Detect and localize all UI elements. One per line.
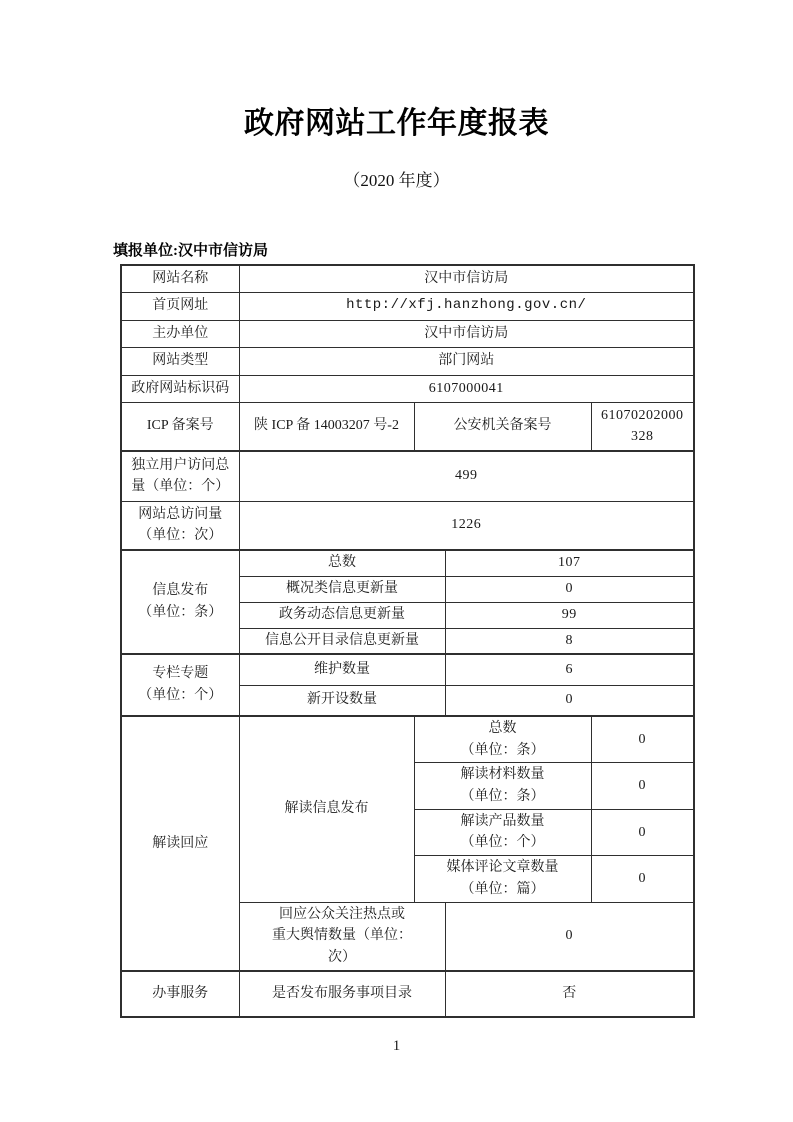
info-publish-label: 信息发布 （单位：条）	[121, 550, 239, 654]
table-row-site-type: 网站类型 部门网站	[121, 347, 694, 375]
icp-value: 陕 ICP 备 14003207 号-2	[239, 402, 414, 451]
columns-maintained-label: 维护数量	[239, 654, 445, 685]
table-row-info-total: 信息发布 （单位：条） 总数 107	[121, 550, 694, 576]
info-overview-value: 0	[445, 576, 694, 602]
police-record-label: 公安机关备案号	[414, 402, 591, 451]
public-response-label: 回应公众关注热点或 重大舆情数量（单位： 次）	[239, 902, 445, 971]
unique-visitors-value: 499	[239, 451, 694, 501]
unique-visitors-label: 独立用户访问总 量（单位：个）	[121, 451, 239, 501]
info-directory-value: 8	[445, 628, 694, 654]
report-unit-line: 填报单位:汉中市信访局	[113, 239, 268, 260]
sponsor-value: 汉中市信访局	[239, 320, 694, 347]
table-row-service-directory: 办事服务 是否发布服务事项目录 否	[121, 971, 694, 1017]
service-directory-value: 否	[445, 971, 694, 1017]
table-row-sponsor: 主办单位 汉中市信访局	[121, 320, 694, 347]
info-total-label: 总数	[239, 550, 445, 576]
page-subtitle: （2020 年度）	[0, 166, 793, 191]
page-number: 1	[0, 1038, 793, 1055]
document-page: 政府网站工作年度报表 （2020 年度） 填报单位:汉中市信访局 网站名称 汉中…	[0, 0, 793, 1122]
info-directory-label: 信息公开目录信息更新量	[239, 628, 445, 654]
columns-new-value: 0	[445, 685, 694, 716]
interpret-products-value: 0	[591, 809, 694, 855]
columns-maintained-value: 6	[445, 654, 694, 685]
interpret-materials-label: 解读材料数量 （单位：条）	[414, 763, 591, 809]
interpret-publish-label: 解读信息发布	[239, 716, 414, 902]
info-overview-label: 概况类信息更新量	[239, 576, 445, 602]
info-news-value: 99	[445, 602, 694, 628]
columns-new-label: 新开设数量	[239, 685, 445, 716]
table-row-total-visits: 网站总访问量 （单位：次） 1226	[121, 501, 694, 550]
interpret-products-label: 解读产品数量 （单位：个）	[414, 809, 591, 855]
interpret-total-label: 总数 （单位：条）	[414, 716, 591, 763]
page-title: 政府网站工作年度报表	[0, 98, 793, 142]
interpretation-label: 解读回应	[121, 716, 239, 971]
service-directory-label: 是否发布服务事项目录	[239, 971, 445, 1017]
annual-report-table: 网站名称 汉中市信访局 首页网址 http://xfj.hanzhong.gov…	[120, 264, 695, 1018]
total-visits-label: 网站总访问量 （单位：次）	[121, 501, 239, 550]
table-row-unique-visitors: 独立用户访问总 量（单位：个） 499	[121, 451, 694, 501]
total-visits-value: 1226	[239, 501, 694, 550]
table-row-columns-maintained: 专栏专题 （单位：个） 维护数量 6	[121, 654, 694, 685]
special-columns-label: 专栏专题 （单位：个）	[121, 654, 239, 716]
home-url-value: http://xfj.hanzhong.gov.cn/	[239, 292, 694, 320]
interpret-total-value: 0	[591, 716, 694, 763]
table-row-site-code: 政府网站标识码 6107000041	[121, 375, 694, 402]
police-record-value: 61070202000 328	[591, 402, 694, 451]
site-type-label: 网站类型	[121, 347, 239, 375]
table-row-home-url: 首页网址 http://xfj.hanzhong.gov.cn/	[121, 292, 694, 320]
service-label: 办事服务	[121, 971, 239, 1017]
interpret-media-label: 媒体评论文章数量 （单位：篇）	[414, 856, 591, 902]
home-url-label: 首页网址	[121, 292, 239, 320]
info-total-value: 107	[445, 550, 694, 576]
interpret-materials-value: 0	[591, 763, 694, 809]
site-name-label: 网站名称	[121, 265, 239, 292]
table-row-interpret-total: 解读回应 解读信息发布 总数 （单位：条） 0	[121, 716, 694, 763]
public-response-value: 0	[445, 902, 694, 971]
site-name-value: 汉中市信访局	[239, 265, 694, 292]
icp-label: ICP 备案号	[121, 402, 239, 451]
table-row-site-name: 网站名称 汉中市信访局	[121, 265, 694, 292]
site-code-value: 6107000041	[239, 375, 694, 402]
site-type-value: 部门网站	[239, 347, 694, 375]
site-code-label: 政府网站标识码	[121, 375, 239, 402]
info-news-label: 政务动态信息更新量	[239, 602, 445, 628]
table-row-icp: ICP 备案号 陕 ICP 备 14003207 号-2 公安机关备案号 610…	[121, 402, 694, 451]
sponsor-label: 主办单位	[121, 320, 239, 347]
interpret-media-value: 0	[591, 856, 694, 902]
